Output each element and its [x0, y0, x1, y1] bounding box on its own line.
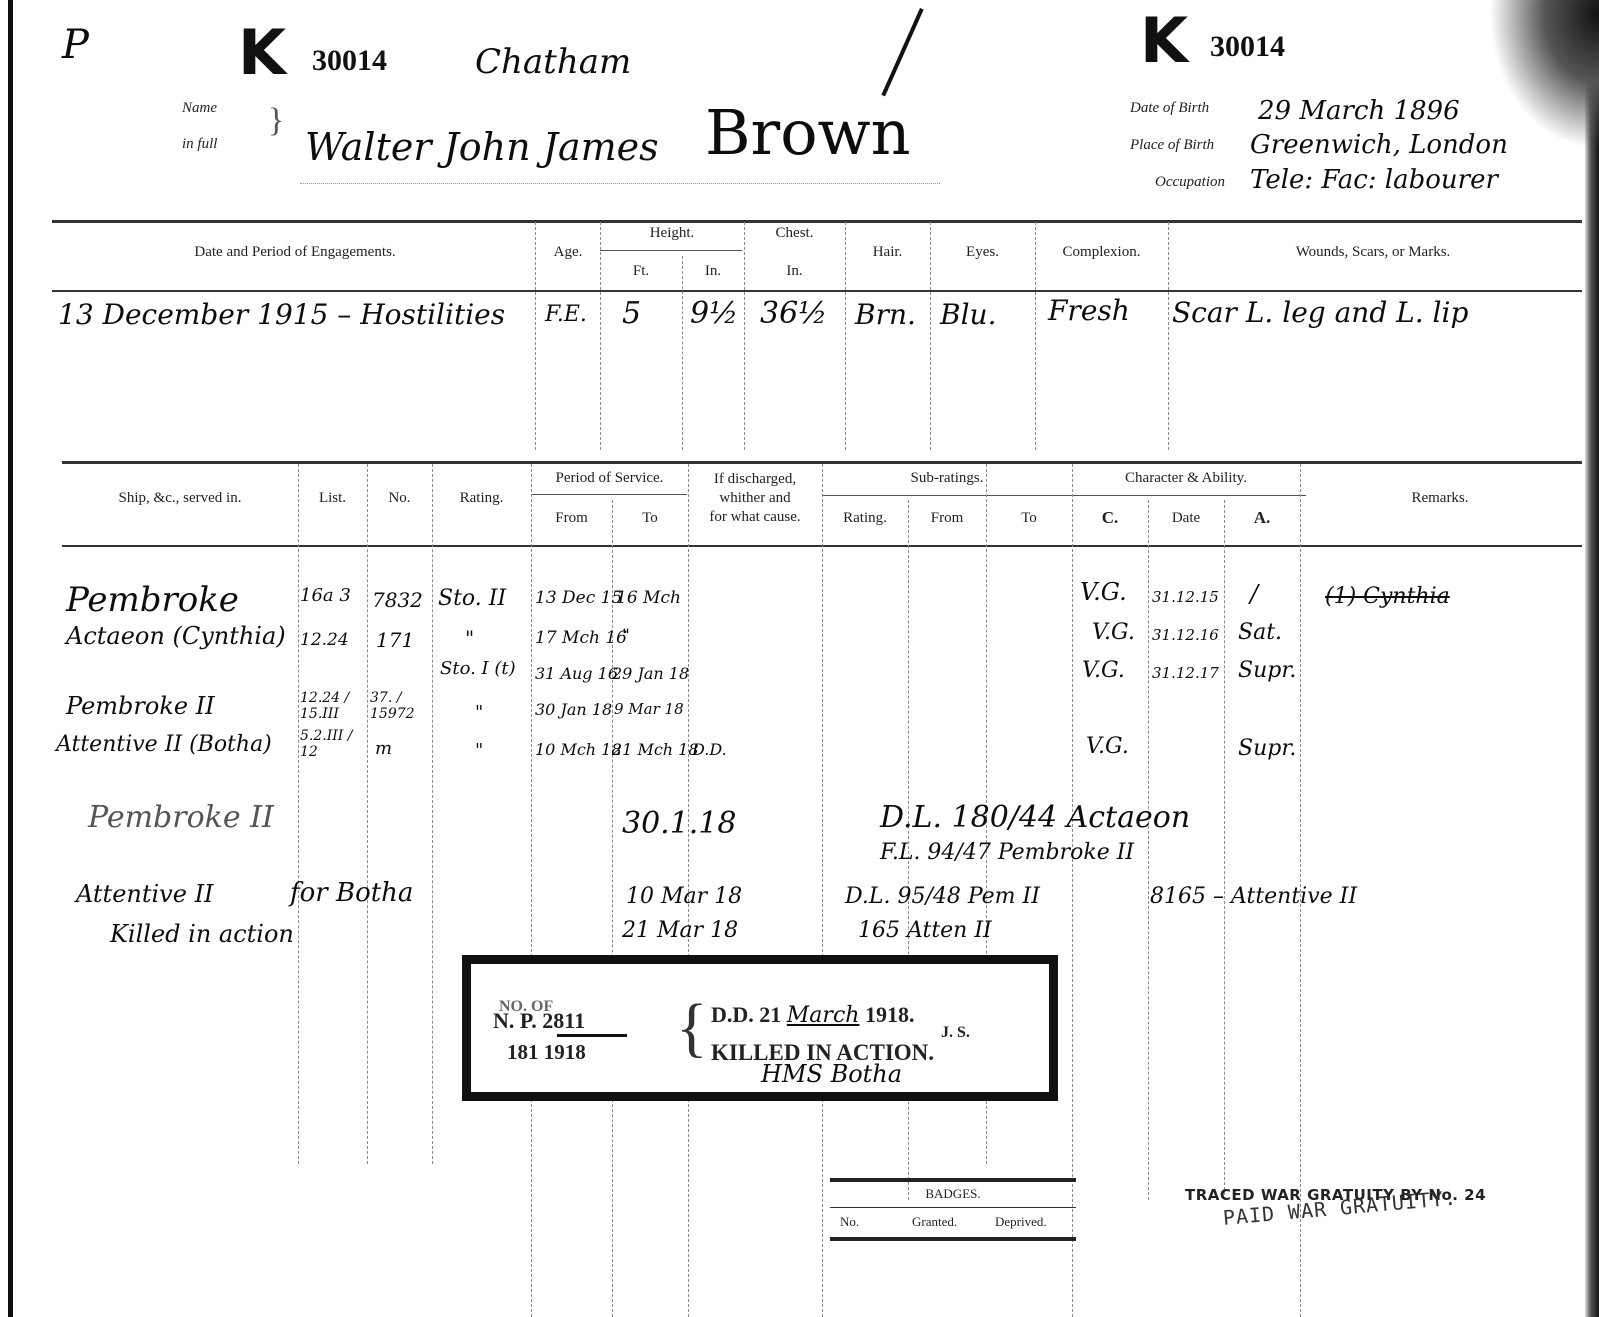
badges-no: No.	[840, 1214, 859, 1230]
engagement-header-rule	[52, 290, 1582, 292]
row2-from: 31 Aug 16	[535, 664, 618, 683]
col-divider	[612, 500, 613, 1317]
service-letter: K	[238, 22, 286, 84]
name-label: Name	[182, 100, 217, 117]
later1-notes-right: 8165 – Attentive II	[1150, 884, 1357, 909]
engagement-chest: 36½	[760, 296, 827, 331]
hdr-discharged-line: for what cause.	[688, 508, 822, 527]
row4-discharged: D.D.	[692, 740, 727, 759]
hdr-discharged-line: whither and	[688, 489, 822, 508]
row3-to: 9 Mar 18	[614, 700, 684, 718]
engagement-complexion: Fresh	[1048, 294, 1130, 327]
badges-granted: Granted.	[912, 1214, 957, 1230]
row1-rating: "	[465, 626, 474, 650]
row3-list: 12.24 / 15.III	[300, 690, 368, 722]
col-divider	[1224, 500, 1225, 1200]
row0-date: 31.12.15	[1152, 588, 1219, 606]
hdr-complexion: Complexion.	[1035, 244, 1168, 261]
row3-ship: Pembroke II	[66, 692, 215, 720]
hdr-chest: Chest.	[744, 225, 845, 242]
col-divider	[682, 256, 683, 450]
stamp-np-number: N. P. 2811	[493, 1008, 585, 1034]
later0-notes2: F.L. 94/47 Pembroke II	[880, 840, 1134, 865]
row2-date: 31.12.17	[1152, 664, 1219, 682]
hdr-subratings: Sub-ratings.	[822, 470, 1072, 487]
hdr-rating: Rating.	[432, 490, 531, 507]
hdr-eyes: Eyes.	[930, 244, 1035, 261]
row0-no: 7832	[372, 588, 423, 612]
row0-ship: Pembroke	[66, 580, 239, 620]
pen-slash-mark	[881, 8, 923, 96]
name-bracket: }	[268, 102, 284, 140]
row4-a: Supr.	[1238, 736, 1296, 761]
row2-rating: Sto. I (t)	[440, 658, 516, 679]
stamp-dd-year: 1918.	[865, 1002, 915, 1027]
service-number: 30014	[312, 44, 387, 78]
row3-no: 37. / 15972	[370, 690, 432, 722]
scan-corner-smudge	[1489, 0, 1599, 150]
scan-left-edge	[8, 0, 13, 1317]
later2-notes: 165 Atten II	[858, 918, 992, 943]
col-divider	[367, 464, 368, 1164]
occupation-label: Occupation	[1155, 174, 1225, 191]
later0-ship: Pembroke II	[88, 800, 274, 835]
hdr-c: C.	[1072, 508, 1148, 528]
stamp-np-date: 181 1918	[507, 1040, 586, 1065]
row1-date: 31.12.16	[1152, 626, 1219, 644]
hdr-height: Height.	[600, 225, 744, 242]
dob-value: 29 March 1896	[1258, 96, 1460, 126]
col-divider	[1148, 500, 1149, 1200]
hdr-period: Period of Service.	[531, 470, 688, 487]
row3-from: 30 Jan 18	[535, 700, 612, 719]
depot-annotation: Chatham	[475, 42, 631, 82]
hdr-chest-in: In.	[744, 263, 845, 280]
row0-rating: Sto. II	[438, 586, 506, 611]
subratings-rule	[823, 495, 1306, 496]
row0-from: 13 Dec 15	[535, 588, 622, 608]
stamp-np-underline	[557, 1034, 627, 1037]
engagement-hair: Brn.	[855, 298, 916, 331]
hdr-from: From	[531, 510, 612, 527]
col-divider	[535, 222, 536, 450]
occupation-value: Tele: Fac: labourer	[1250, 165, 1498, 195]
row0-list: 16a 3	[300, 585, 351, 606]
scan-right-edge	[1585, 40, 1599, 1317]
engagement-height-ft: 5	[622, 296, 641, 331]
row4-from: 10 Mch 18	[535, 740, 622, 759]
badges-mid-rule	[830, 1207, 1076, 1208]
row4-to: 21 Mch 18	[612, 740, 699, 759]
row2-a: Supr.	[1238, 658, 1296, 683]
row2-c: V.G.	[1082, 658, 1125, 683]
hdr-sub-to: To	[986, 510, 1072, 527]
row0-remarks: (1) Cynthia	[1325, 584, 1450, 609]
hdr-sub-rating: Rating.	[822, 510, 908, 527]
later1-list: for Botha	[290, 878, 413, 908]
col-divider	[822, 464, 823, 1317]
killed-in-action-stamp: NO. OF N. P. 2811 181 1918 { D.D. 21 Mar…	[462, 955, 1058, 1101]
hdr-hair: Hair.	[845, 244, 930, 261]
later0-notes: D.L. 180/44 Actaeon	[880, 800, 1190, 835]
hdr-discharged: If discharged, whither and for what caus…	[688, 470, 822, 527]
badges-top-rule	[830, 1178, 1076, 1182]
engagement-height-in: 9½	[690, 296, 738, 331]
later1-from: 10 Mar 18	[626, 884, 742, 909]
row4-ship: Attentive II (Botha)	[56, 732, 272, 757]
engagement-top-rule	[52, 220, 1582, 223]
hdr-ship: Ship, &c., served in.	[62, 490, 298, 507]
hdr-height-ft: Ft.	[600, 263, 682, 280]
engagement-age: F.E.	[545, 302, 587, 327]
badges-title: BADGES.	[830, 1186, 1076, 1202]
row4-rating: "	[475, 740, 483, 761]
full-name-surname: Brown	[705, 96, 911, 169]
stamp-dd-line: D.D. 21 March 1918.	[711, 1002, 914, 1028]
engagement-marks: Scar L. leg and L. lip	[1172, 296, 1468, 329]
hdr-no: No.	[367, 490, 432, 507]
hdr-marks: Wounds, Scars, or Marks.	[1168, 244, 1578, 261]
later1-notes: D.L. 95/48 Pem II	[845, 884, 1040, 909]
stamp-initials: J. S.	[941, 1024, 970, 1042]
row0-c: V.G.	[1080, 578, 1127, 606]
hdr-date: Date	[1148, 510, 1224, 527]
engagement-eyes: Blu.	[940, 298, 996, 331]
row0-a: /	[1250, 580, 1258, 608]
col-divider	[298, 464, 299, 1164]
row2-to: 29 Jan 18	[612, 664, 689, 683]
row1-c: V.G.	[1092, 620, 1135, 645]
later0-from: 30.1.18	[622, 806, 737, 841]
row1-no: 171	[376, 628, 414, 652]
col-divider	[432, 464, 433, 1164]
hdr-age: Age.	[537, 244, 599, 261]
pob-value: Greenwich, London	[1250, 130, 1508, 160]
row1-list: 12.24	[300, 630, 349, 650]
later2-ship: Killed in action	[110, 920, 294, 948]
row1-from: 17 Mch 16	[535, 628, 627, 648]
badges-bottom-rule	[830, 1237, 1076, 1241]
row4-c: V.G.	[1086, 734, 1129, 759]
height-rule	[600, 250, 742, 251]
row4-no: m	[375, 738, 392, 759]
right-service-letter: K	[1140, 10, 1188, 72]
right-service-number: 30014	[1210, 30, 1285, 64]
row1-to: "	[622, 626, 630, 646]
hdr-list: List.	[298, 490, 367, 507]
stamp-dd-prefix: D.D. 21	[711, 1002, 781, 1027]
hdr-sub-from: From	[908, 510, 986, 527]
pob-label: Place of Birth	[1130, 137, 1214, 154]
row0-to: 16 Mch	[616, 588, 681, 608]
hdr-a: A.	[1224, 508, 1300, 528]
hdr-height-in: In.	[682, 263, 744, 280]
col-divider	[744, 222, 745, 450]
row3-rating: "	[475, 702, 483, 723]
hdr-date-period: Date and Period of Engagements.	[60, 244, 530, 261]
row4-list: 5.2.III / 12	[300, 728, 368, 760]
hdr-character: Character & Ability.	[1072, 470, 1300, 487]
corner-mark: P	[62, 22, 89, 68]
col-divider	[600, 222, 601, 450]
full-name-given: Walter John James	[305, 125, 659, 169]
engagement-date-period: 13 December 1915 – Hostilities	[58, 298, 505, 331]
dob-label: Date of Birth	[1130, 100, 1209, 117]
later1-ship: Attentive II	[76, 880, 214, 908]
name-label-in-full: in full	[182, 136, 217, 153]
stamp-dd-month: March	[787, 1003, 860, 1028]
row1-ship: Actaeon (Cynthia)	[66, 622, 286, 650]
name-dotted-line	[300, 183, 940, 184]
hdr-to: To	[612, 510, 688, 527]
stamp-ship-name: HMS Botha	[761, 1060, 902, 1088]
badges-deprived: Deprived.	[995, 1214, 1047, 1230]
row1-a: Sat.	[1238, 620, 1282, 645]
hdr-remarks: Remarks.	[1300, 490, 1580, 507]
col-divider	[531, 464, 532, 1317]
later2-from: 21 Mar 18	[622, 918, 738, 943]
hdr-discharged-line: If discharged,	[688, 470, 822, 489]
period-rule	[532, 494, 687, 495]
stamp-brace: {	[676, 990, 708, 1066]
